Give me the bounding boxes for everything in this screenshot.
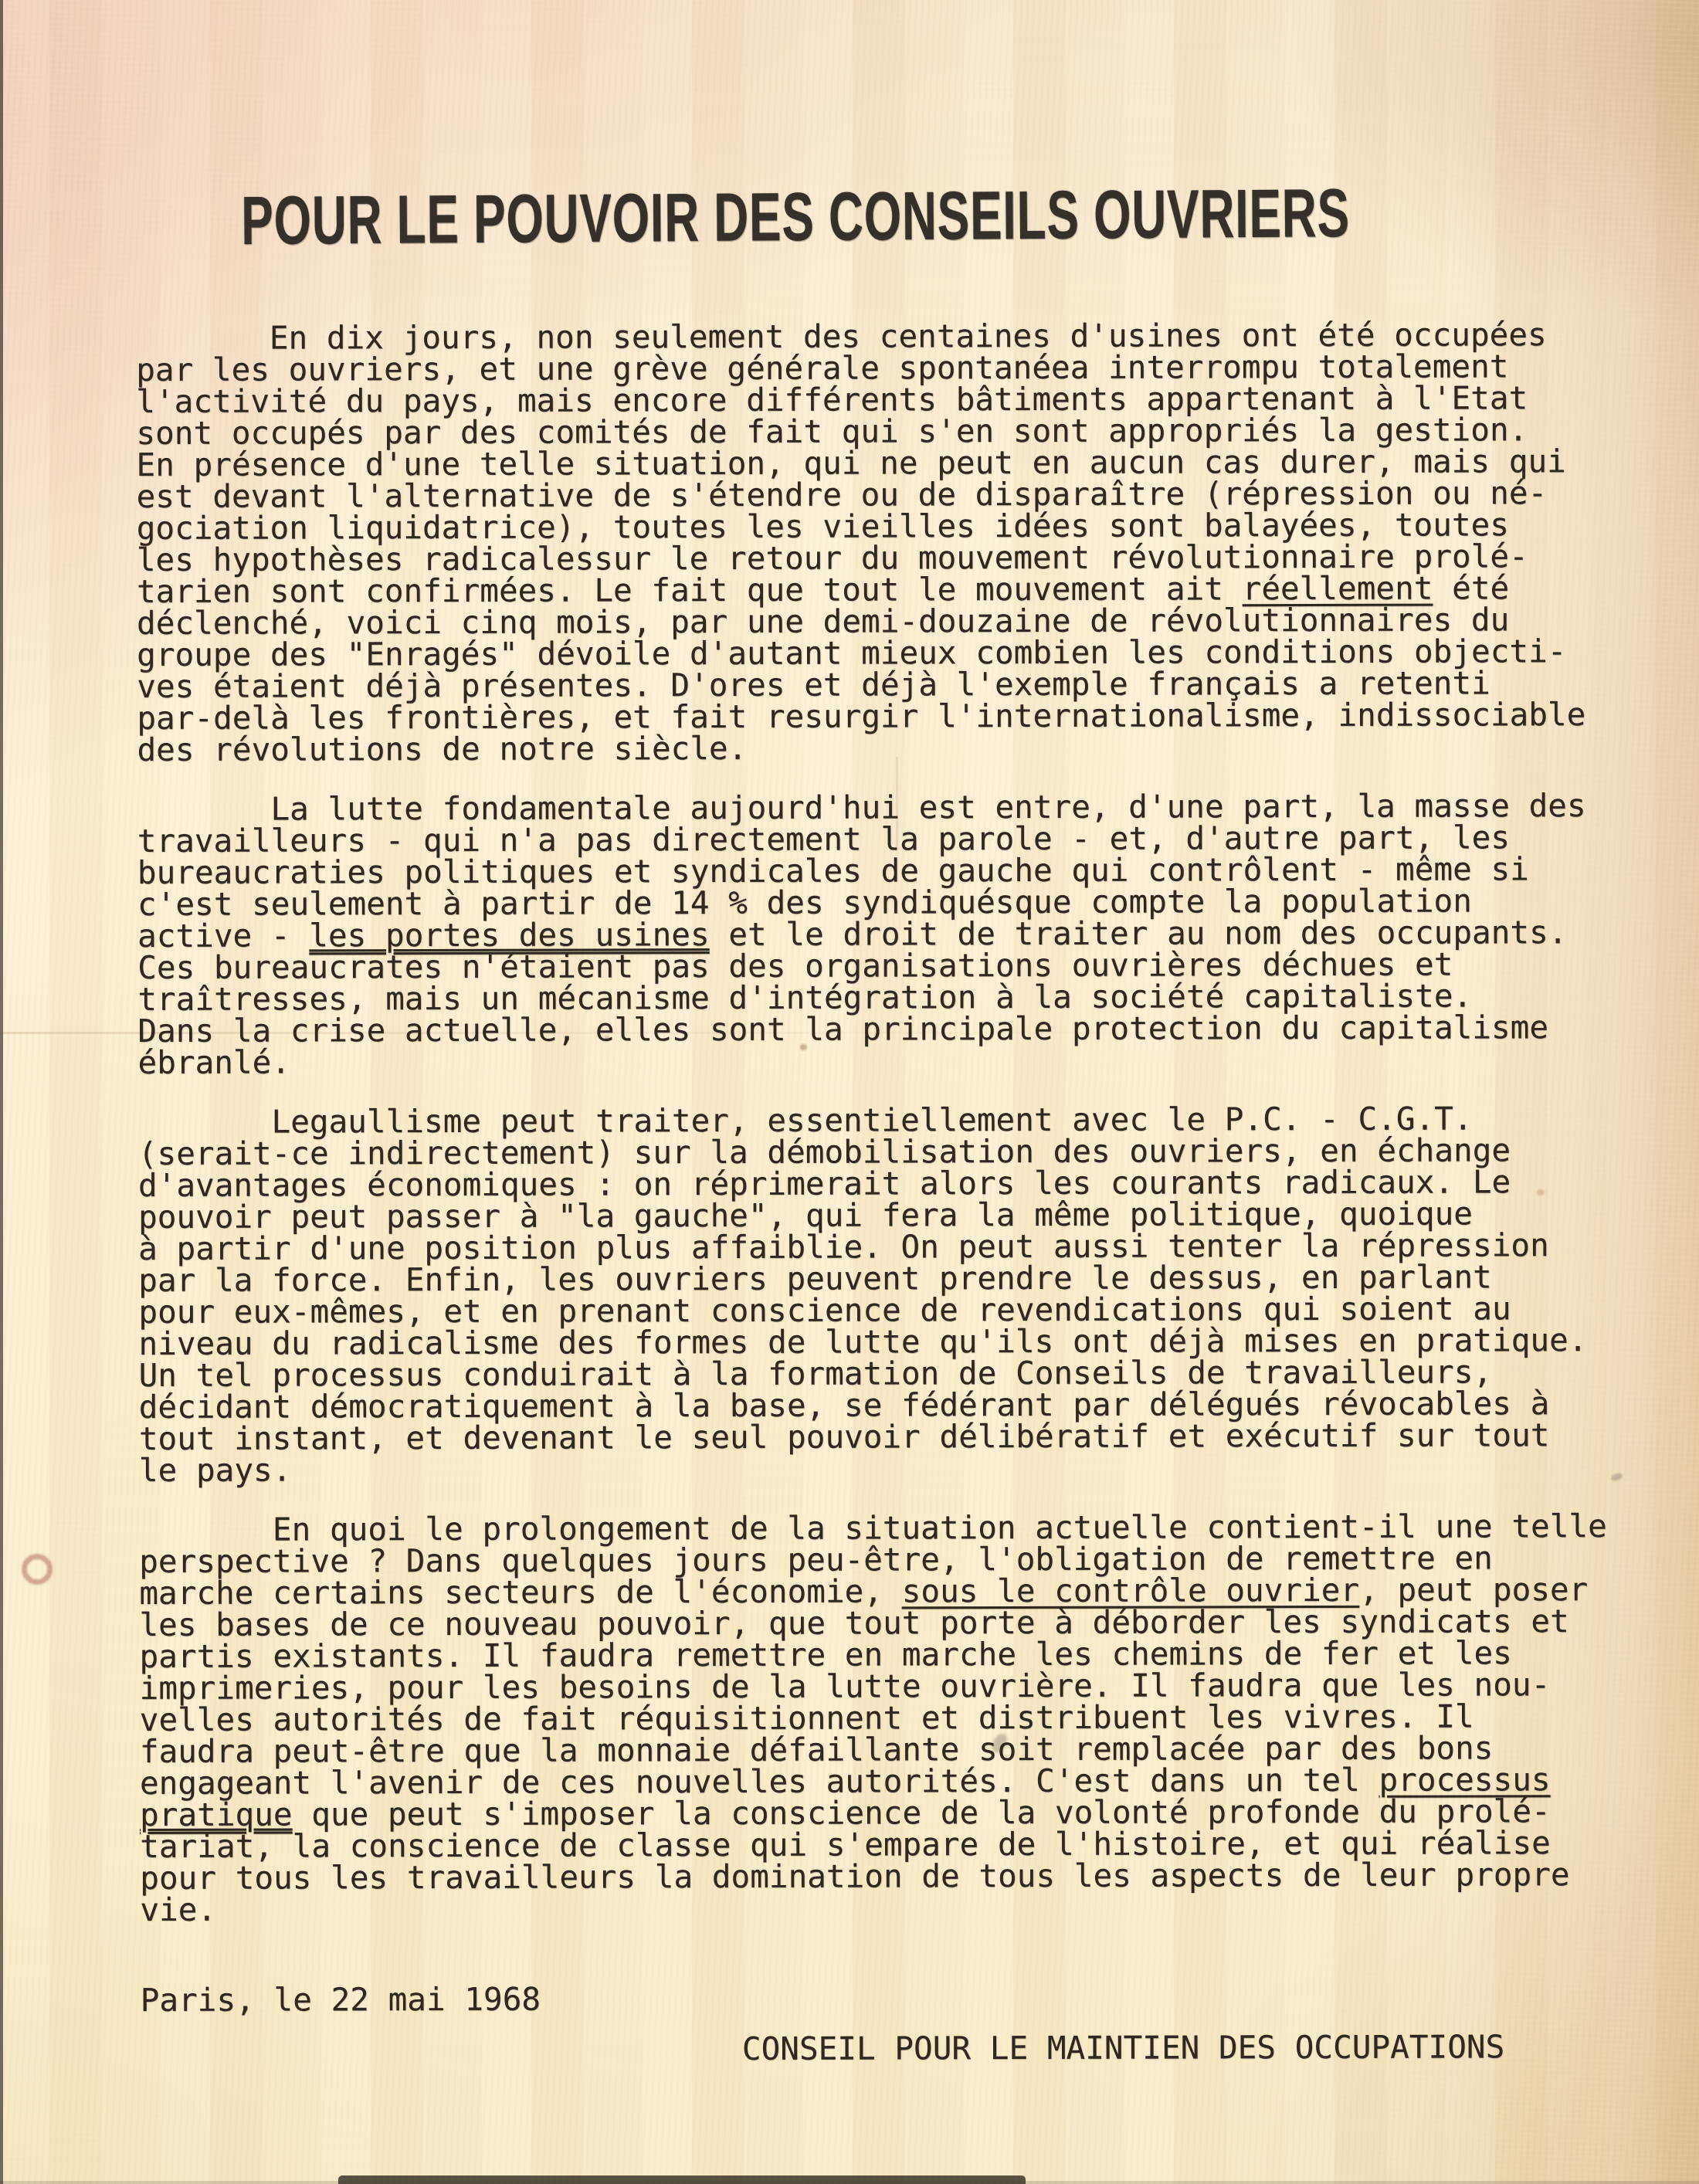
text-line: par-delà les frontières, et fait resurgi…: [137, 699, 1627, 734]
text-segment: des révolutions de notre siècle.: [137, 730, 747, 768]
text-line: pour tous les travailleurs la domination…: [140, 1859, 1630, 1894]
paragraph: Legaullisme peut traiter, essentiellemen…: [138, 1103, 1629, 1487]
paragraph: La lutte fondamentale aujourd'hui est en…: [137, 790, 1629, 1079]
text-segment: ébranlé.: [137, 1043, 290, 1081]
document-body-text: En dix jours, non seulement des centaine…: [136, 319, 1630, 1926]
scan-edge-bottom-shadow: [0, 2181, 1699, 2184]
text-segment: Dans la crise actuelle, elles sont la pr…: [137, 1009, 1548, 1050]
document-body: En dix jours, non seulement des centaine…: [136, 319, 1631, 2067]
date-line: Paris, le 22 mai 1968: [141, 1981, 1631, 2016]
text-line: des révolutions de notre siècle.: [137, 731, 1627, 766]
signature-line: CONSEIL POUR LE MAINTIEN DES OCCUPATIONS: [742, 2031, 1631, 2065]
text-segment: le pays.: [139, 1451, 292, 1489]
scan-edge-left: [0, 0, 3, 2184]
document-title: POUR LE POUVOIR DES CONSEILS OUVRIERS: [241, 175, 1350, 261]
text-segment: vie.: [140, 1891, 216, 1928]
text-line: Dans la crise actuelle, elles sont la pr…: [137, 1012, 1628, 1047]
paragraph: En quoi le prolongement de la situation …: [139, 1511, 1630, 1926]
scanned-leaflet-page: POUR LE POUVOIR DES CONSEILS OUVRIERS En…: [0, 0, 1699, 2184]
text-line: tout instant, et devenant le seul pouvoi…: [139, 1419, 1629, 1455]
text-segment: pour tous les travailleurs la domination…: [140, 1856, 1569, 1897]
paragraph: En dix jours, non seulement des centaine…: [136, 319, 1627, 766]
ring-stain-mark: [22, 1554, 53, 1585]
text-segment: tout instant, et devenant le seul pouvoi…: [139, 1416, 1550, 1457]
